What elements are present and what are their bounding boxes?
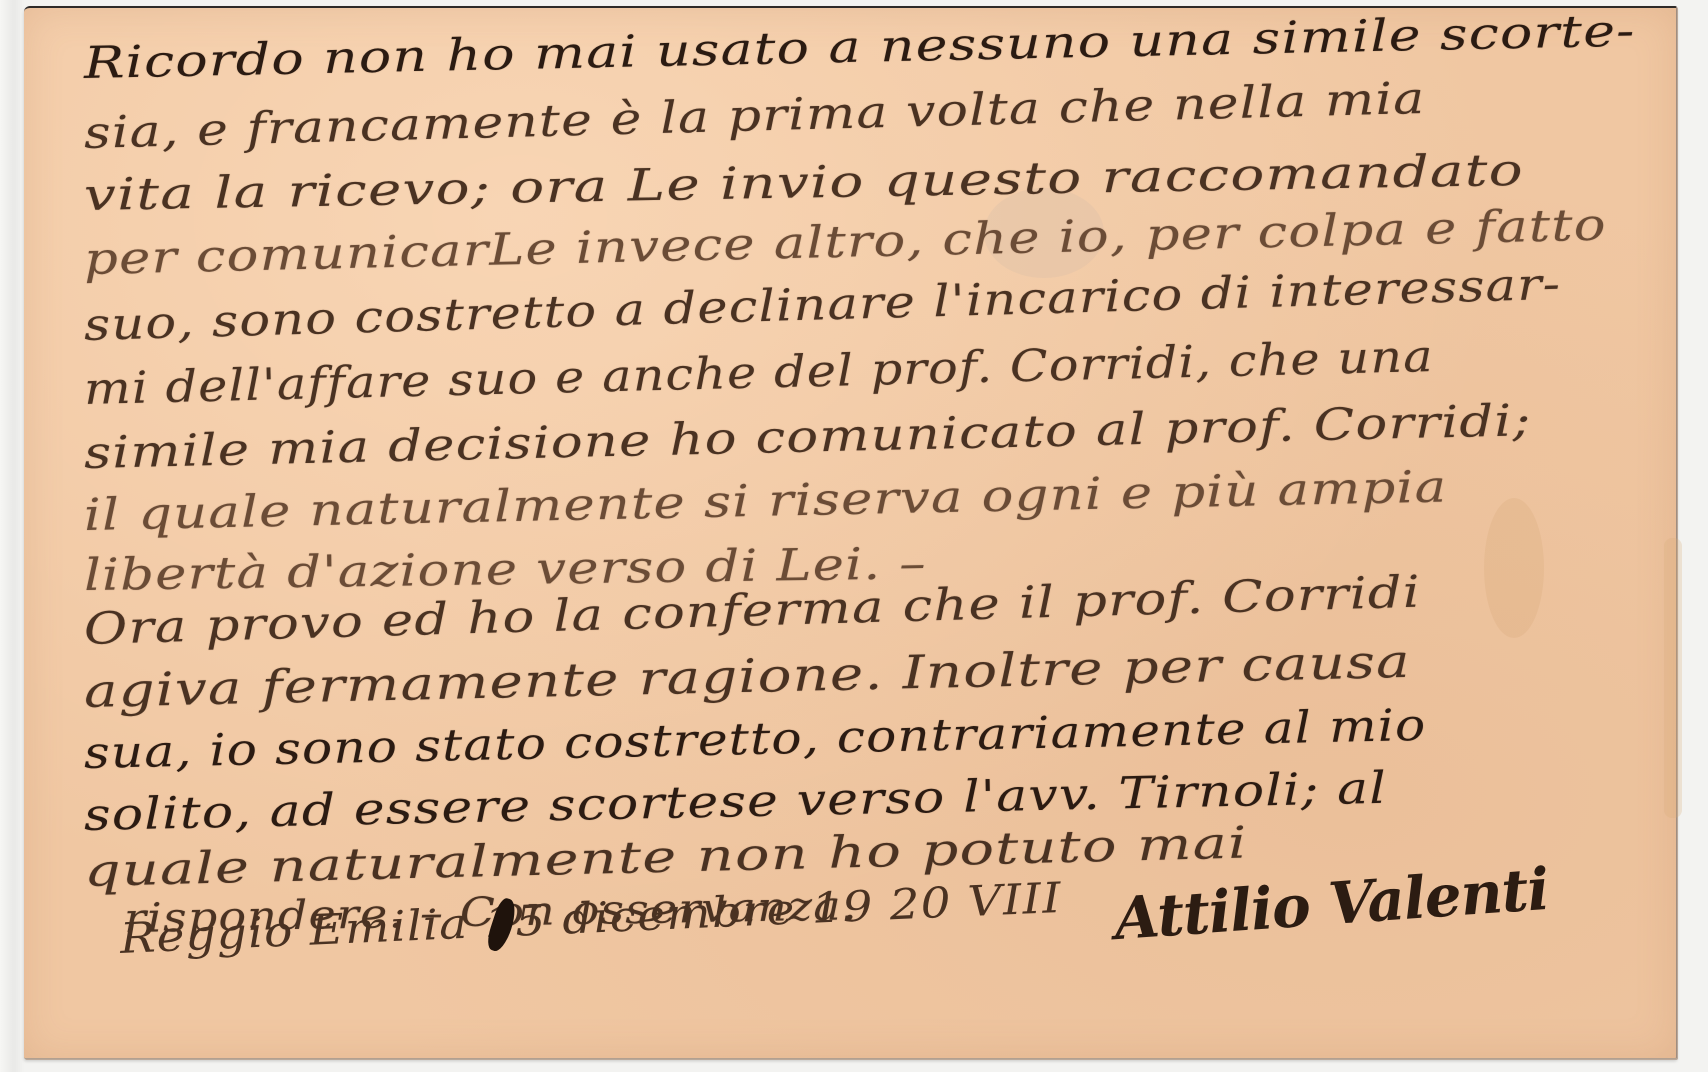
paper-stain <box>1484 498 1544 638</box>
letter-line-2: sia, e francamente è la prima volta che … <box>83 73 1426 159</box>
postcard: Ricordo non ho mai usato a nessuno una s… <box>24 6 1677 1059</box>
